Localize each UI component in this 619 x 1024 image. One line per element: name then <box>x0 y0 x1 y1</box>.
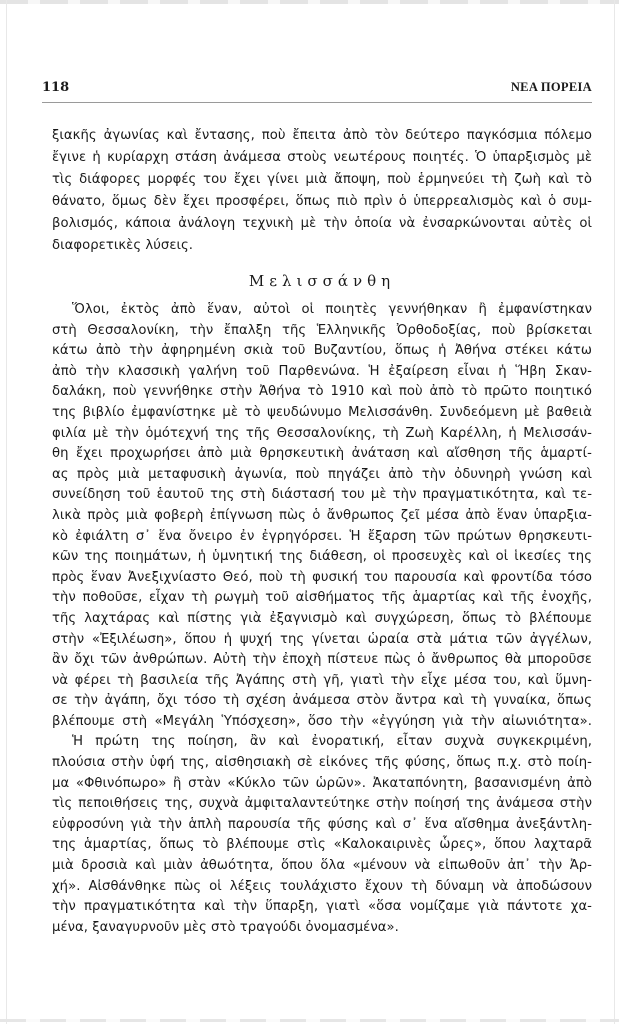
text-line: εὐφροσύνη γιὰ τὴν ἁπλὴ παρουσία τῆς φύση… <box>52 815 592 836</box>
running-header: 118 ΝΕΑ ΠΟΡΕΙΑ <box>42 80 592 100</box>
text-line: τῆς λαχτάρας καὶ πίστης γιὰ ἐξαγνισμὸ κα… <box>52 609 592 630</box>
text-line: μα «Φθινόπωρο» ἢ στὰν «Κύκλο τῶν ὡρῶν». … <box>52 774 592 795</box>
text-line: κὸ ἐφιάλτη σ᾽ ἕνα ὄνειρο ἐν ἐγρηγόρσει. … <box>52 527 592 548</box>
page-number: 118 <box>42 80 69 95</box>
text-line: ἀπὸ τὴν κλασσικὴ γαλήνη τοῦ Παρθενώνα. Ἡ… <box>52 362 592 383</box>
text-line: συνείδηση τοῦ ἑαυτοῦ της στὴ διάστασή το… <box>52 485 592 506</box>
text-line: τὶς πεποιθήσεις της, συχνὰ ἀμφιταλαντεύτ… <box>52 794 592 815</box>
text-line: στὴν «Ἐξιλέωση», ὅπου ἡ ψυχή της γίνεται… <box>52 630 592 651</box>
text-line: πλούσια στὴν ὑφή της, αἰσθησιακὴ σὲ εἰκό… <box>52 753 592 774</box>
text-line: βολισμός, κάποια ἀνάλογη τεχνικὴ μὲ τὴν … <box>52 213 592 235</box>
text-line: μιὰ δροσιὰ καὶ μιὰν ἀθωότητα, ὅπου ὅλα «… <box>52 856 592 877</box>
section-title: Μελισσάνθη <box>52 272 592 290</box>
page-edge-right <box>614 0 615 1024</box>
paragraph: Ἡ πρώτη της ποίηση, ἂν καὶ ἐνορατική, εἶ… <box>52 732 592 938</box>
text-line: βλέπουμε στὴ «Μεγάλη Ὑπόσχεση», ὅσο τὴν … <box>52 712 592 733</box>
text-line: θη ἔχει προχωρήσει ἀπὸ μιὰ θρησκευτικὴ ἀ… <box>52 444 592 465</box>
text-line: κῶν της ποιημάτων, ἡ ὑμνητική της διάθεσ… <box>52 547 592 568</box>
text-line: της βιβλίο ἐμφανίστηκε μὲ τὸ ψευδώνυμο Μ… <box>52 403 592 424</box>
text-line: φιλία μὲ τὴν ὁμότεχνή της τῆς Θεσσαλονίκ… <box>52 424 592 445</box>
text-line: Ἡ πρώτη της ποίηση, ἂν καὶ ἐνορατική, εἶ… <box>52 732 592 753</box>
text-line: δαλάκη, ποὺ γεννήθηκε στὴν Ἀθήνα τὸ 1910… <box>52 382 592 403</box>
page-edge-top <box>0 0 619 4</box>
text-line: χή». Αἰσθάνθηκε πὼς οἱ λέξεις τουλάχιστο… <box>52 877 592 898</box>
section-body: Ὅλοι, ἐκτὸς ἀπὸ ἕναν, αὐτοὶ οἱ ποιητὲς γ… <box>52 300 592 938</box>
text-line: Ὅλοι, ἐκτὸς ἀπὸ ἕναν, αὐτοὶ οἱ ποιητὲς γ… <box>52 300 592 321</box>
text-line: τὴν ποθοῦσε, εἶχαν τὴ ρωγμὴ τοῦ αἰσθήματ… <box>52 588 592 609</box>
page-edge-bottom <box>0 1019 619 1022</box>
text-line: σε τὴν ἀγάπη, ὄχι τόσο τὴ σχέση ἀνάμεσα … <box>52 691 592 712</box>
text-line: νὰ φέρει τὴ βασιλεία τῆς Ἀγάπης στὴ γῆ, … <box>52 671 592 692</box>
text-line: ἂν ὄχι τῶν ἀνθρώπων. Αὐτὴ τὴν ἐποχὴ πίστ… <box>52 650 592 671</box>
text-line: ξιακῆς ἀγωνίας καὶ ἔντασης, ποὺ ἔπειτα ἀ… <box>52 125 592 147</box>
intro-paragraph: ξιακῆς ἀγωνίας καὶ ἔντασης, ποὺ ἔπειτα ἀ… <box>52 125 592 257</box>
page-edge-left <box>6 0 7 1024</box>
text-line: διαφορετικὲς λύσεις. <box>52 235 592 257</box>
text-line: στὴ Θεσσαλονίκη, τὴν ἔπαλξη τῆς Ἑλληνικῆ… <box>52 321 592 342</box>
text-line: μένα, ξαναγυρνοῦν μὲς στὸ τραγούδι ὀνομα… <box>52 918 592 939</box>
text-line: της ἁμαρτίας, ὅπως τὸ βλέπουμε στὶς «Καλ… <box>52 835 592 856</box>
paragraph: Ὅλοι, ἐκτὸς ἀπὸ ἕναν, αὐτοὶ οἱ ποιητὲς γ… <box>52 300 592 732</box>
text-line: ἔγινε ἡ κυρίαρχη στάση ἀνάμεσα στοὺς νεω… <box>52 147 592 169</box>
text-line: θάνατο, ὅμως δὲν ἔχει προσφέρει, ὅπως πι… <box>52 191 592 213</box>
text-line: κάτω ἀπὸ τὴν ἀφηρημένη σκιὰ τοῦ Βυζαντίο… <box>52 341 592 362</box>
text-line: τὶς διάφορες μορφές του ἔχει γίνει μιὰ ἄ… <box>52 169 592 191</box>
text-line: πρὸς ἕναν Ἀνεξιχνίαστο Θεό, ποὺ τὴ φυσικ… <box>52 568 592 589</box>
text-line: λικὰ πρὸς μιὰ φοβερὴ ἐπίγνωση πὼς ὁ ἄνθρ… <box>52 506 592 527</box>
text-line: τὴν πραγματικότητα καὶ τὴν ὕπαρξη, γιατὶ… <box>52 897 592 918</box>
text-line: ας πρὸς μιὰ μεταφυσικὴ ἀγωνία, ποὺ πηγάζ… <box>52 465 592 486</box>
journal-title: ΝΕΑ ΠΟΡΕΙΑ <box>511 80 592 95</box>
header-rule <box>42 102 592 103</box>
